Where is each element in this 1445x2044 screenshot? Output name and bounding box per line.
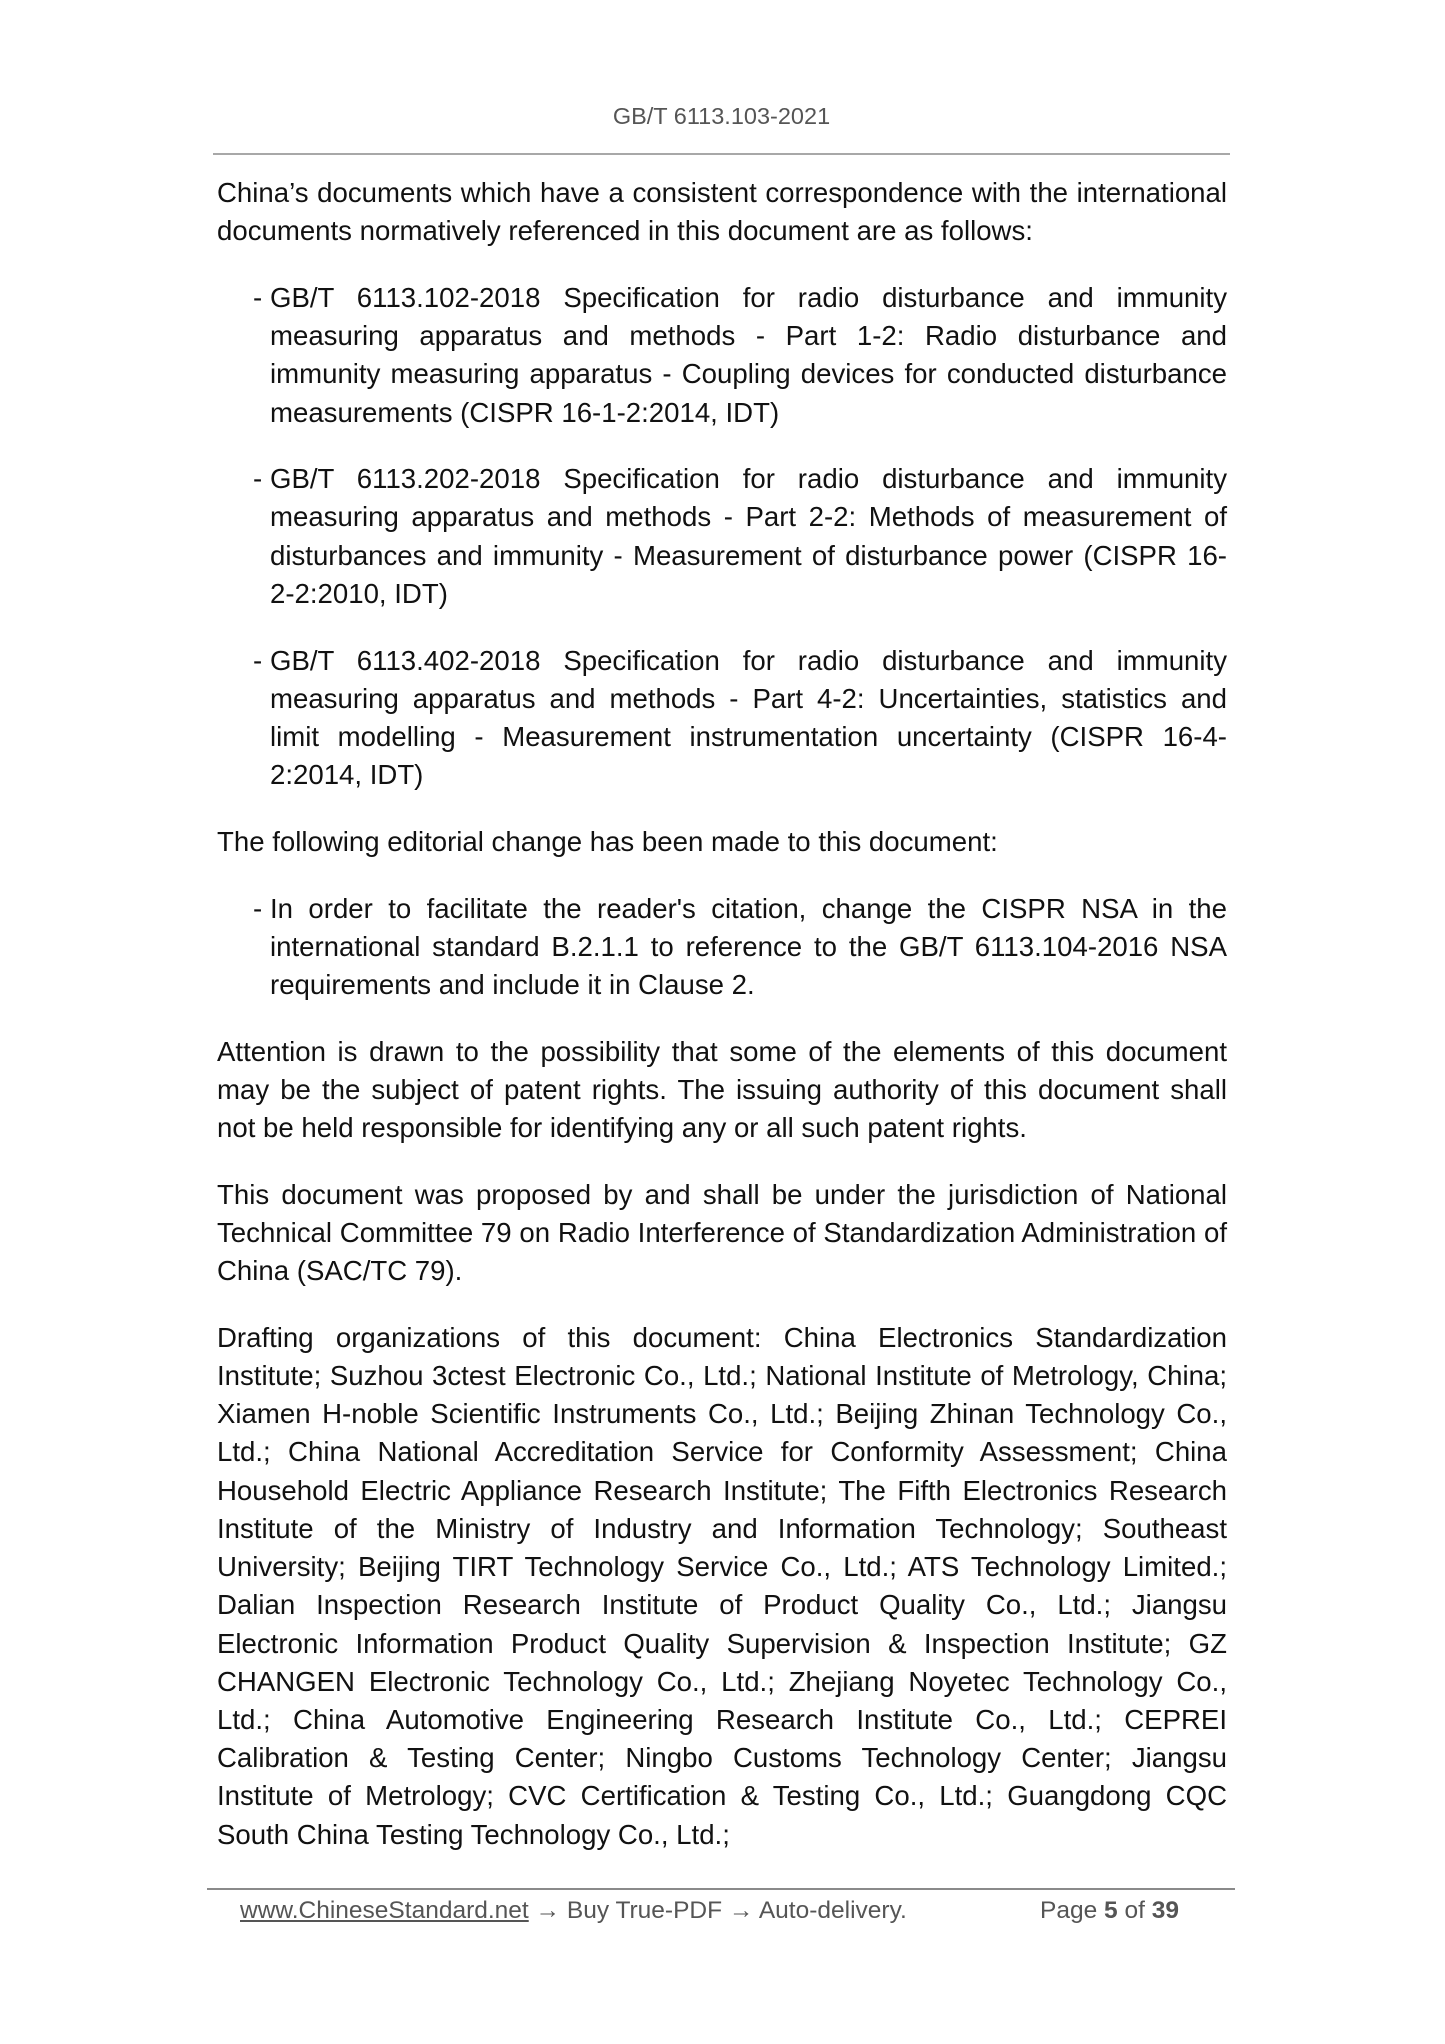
reference-item: - GB/T 6113.102-2018 Specification for r… (217, 279, 1227, 432)
reference-item: - GB/T 6113.202-2018 Specification for r… (217, 460, 1227, 613)
reference-item: - GB/T 6113.402-2018 Specification for r… (217, 642, 1227, 795)
page-total: 39 (1152, 1897, 1179, 1924)
drafting-organizations-paragraph: Drafting organizations of this document:… (217, 1319, 1227, 1854)
reference-text: GB/T 6113.202-2018 Specification for rad… (270, 463, 1227, 609)
dash-bullet: - (253, 642, 262, 680)
dash-bullet: - (253, 460, 262, 498)
jurisdiction-paragraph: This document was proposed by and shall … (217, 1176, 1227, 1291)
dash-bullet: - (253, 279, 262, 317)
editorial-change-text: In order to facilitate the reader's cita… (270, 893, 1227, 1000)
reference-text: GB/T 6113.102-2018 Specification for rad… (270, 282, 1227, 428)
document-id: GB/T 6113.103-2021 (613, 98, 830, 134)
page-current: 5 (1104, 1897, 1118, 1924)
arrow-right-icon: → (529, 1897, 567, 1924)
footer-promo: www.ChineseStandard.net → Buy True-PDF →… (240, 1895, 907, 1927)
reference-text: GB/T 6113.402-2018 Specification for rad… (270, 645, 1227, 791)
site-link[interactable]: www.ChineseStandard.net (240, 1897, 529, 1924)
editorial-change-item: - In order to facilitate the reader's ci… (217, 890, 1227, 1005)
editorial-intro-paragraph: The following editorial change has been … (217, 823, 1227, 861)
page-header: GB/T 6113.103-2021 (213, 98, 1230, 155)
page-of-label: of (1124, 1897, 1144, 1924)
dash-bullet: - (253, 890, 262, 928)
page-footer: www.ChineseStandard.net → Buy True-PDF →… (207, 1888, 1235, 1950)
page-content: China’s documents which have a consisten… (217, 174, 1227, 1882)
intro-paragraph: China’s documents which have a consisten… (217, 174, 1227, 250)
page-number: Page 5 of 39 (1040, 1895, 1179, 1927)
patent-notice-paragraph: Attention is drawn to the possibility th… (217, 1033, 1227, 1148)
page-label: Page (1040, 1897, 1097, 1924)
buy-pdf-text: Buy True-PDF (567, 1897, 722, 1924)
arrow-right-icon: → (722, 1897, 759, 1924)
auto-delivery-text: Auto-delivery. (759, 1897, 907, 1924)
